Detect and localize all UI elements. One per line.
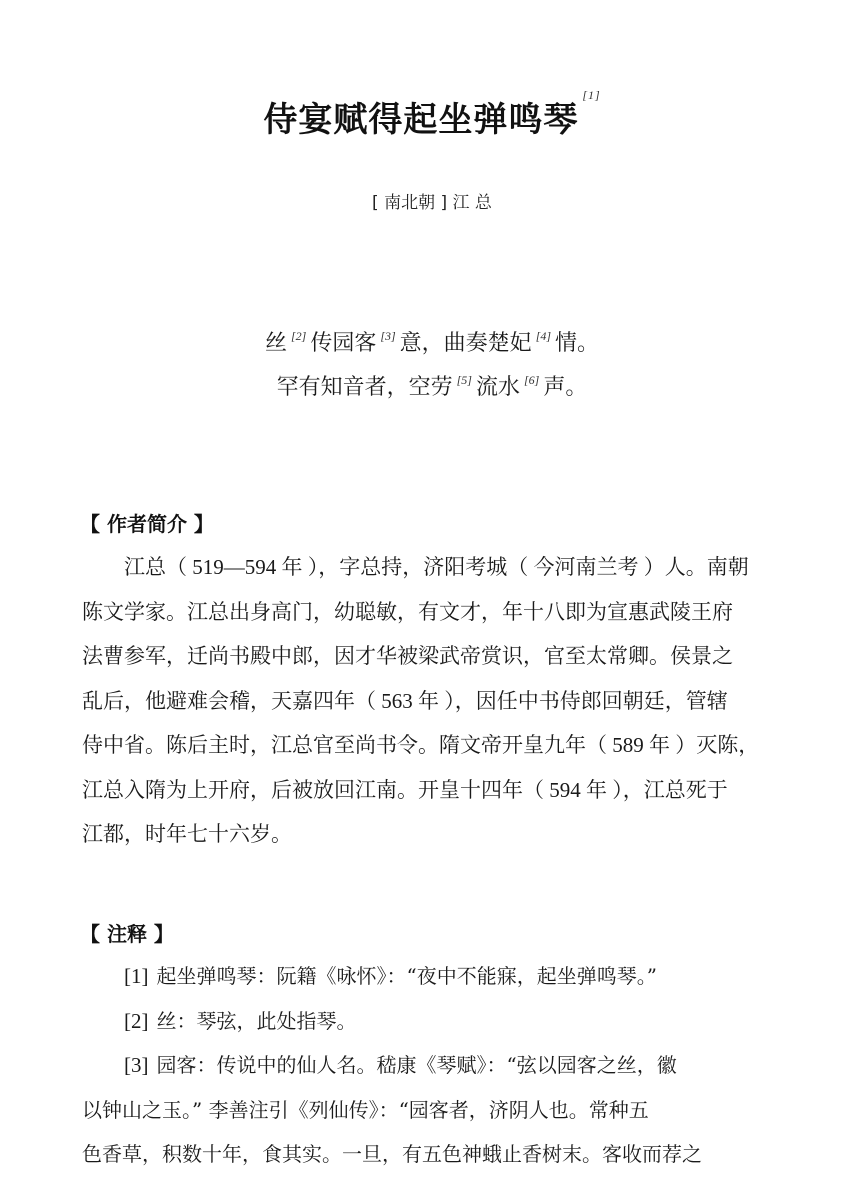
notes-heading: 【 注释 】 — [80, 918, 174, 947]
poem-line: 丝[2]传园客[3]意，曲奏楚妃[4]情。 — [0, 322, 864, 366]
document-page: 侍宴赋得起坐弹鸣琴[1] [ 南北朝 ] 江 总 丝[2]传园客[3]意，曲奏楚… — [0, 0, 864, 1197]
footnote-ref: [4] — [536, 329, 551, 343]
poem-author: [ 南北朝 ] 江 总 — [0, 188, 864, 213]
note-item: [2]丝：琴弦，此处指琴。 — [82, 999, 794, 1044]
text-line: 江都，时年七十六岁。 — [82, 812, 794, 857]
poem-text: 情。 — [555, 331, 599, 356]
text-line: 法曹参军，迁尚书殿中郎，因才华被梁武帝赏识，官至太常卿。侯景之 — [82, 634, 794, 679]
text-line: 江总（ 519—594 年 ），字总持，济阳考城（ 今河南兰考 ）人。南朝 — [82, 545, 794, 590]
text-line: 侍中省。陈后主时，江总官至尚书令。隋文帝开皇九年（ 589 年 ）灭陈， — [82, 723, 794, 768]
note-number: [3] — [124, 1053, 149, 1077]
note-item: [3]园客：传说中的仙人名。嵇康《琴赋》：“弦以园客之丝，徽 — [82, 1043, 794, 1088]
footnote-ref: [6] — [524, 373, 539, 387]
footnote-ref: [2] — [291, 329, 306, 343]
author-intro-heading: 【 作者简介 】 — [80, 508, 214, 537]
footnote-ref: [5] — [457, 373, 472, 387]
note-text: 起坐弹鸣琴：阮籍《咏怀》：“夜中不能寐，起坐弹鸣琴。” — [157, 964, 657, 988]
poem-line: 罕有知音者，空劳[5]流水[6]声。 — [0, 366, 864, 410]
note-text-line: 色香草，积数十年，食其实。一旦，有五色神蛾止香树末。客收而荐之 — [82, 1132, 794, 1177]
poem-text: 流水 — [476, 375, 520, 400]
note-number: [2] — [124, 1009, 149, 1033]
text-line: 乱后，他避难会稽，天嘉四年（ 563 年 ），因任中书侍郎回朝廷，管辖 — [82, 679, 794, 724]
poem-text: 传园客 — [310, 331, 376, 356]
note-text: 园客：传说中的仙人名。嵇康《琴赋》：“弦以园客之丝，徽 — [157, 1053, 677, 1077]
poem-title: 侍宴赋得起坐弹鸣琴[1] — [0, 92, 864, 141]
note-text-line: 以钟山之玉。” 李善注引《列仙传》：“园客者，济阴人也。常种五 — [82, 1088, 794, 1133]
poem-text: 意，曲奏楚妃 — [400, 331, 532, 356]
poem-text: 罕有知音者，空劳 — [277, 375, 453, 400]
poem-text: 声。 — [543, 375, 587, 400]
author-intro-text: 江总（ 519—594 年 ），字总持，济阳考城（ 今河南兰考 ）人。南朝 陈文… — [82, 545, 794, 857]
poem-title-text: 侍宴赋得起坐弹鸣琴 — [263, 100, 578, 140]
note-item: [1]起坐弹鸣琴：阮籍《咏怀》：“夜中不能寐，起坐弹鸣琴。” — [82, 954, 794, 999]
text-line: 江总入隋为上开府，后被放回江南。开皇十四年（ 594 年 ），江总死于 — [82, 768, 794, 813]
text-span: 江总（ 519—594 年 ），字总持，济阳考城（ 今河南兰考 ）人。南朝 — [124, 555, 749, 579]
note-number: [1] — [124, 964, 149, 988]
text-line: 陈文学家。江总出身高门，幼聪敏，有文才，年十八即为宣惠武陵王府 — [82, 590, 794, 635]
poem-body: 丝[2]传园客[3]意，曲奏楚妃[4]情。 罕有知音者，空劳[5]流水[6]声。 — [0, 322, 864, 410]
notes-list: [1]起坐弹鸣琴：阮籍《咏怀》：“夜中不能寐，起坐弹鸣琴。” [2]丝：琴弦，此… — [82, 954, 794, 1177]
footnote-ref: [1] — [582, 88, 600, 102]
poem-text: 丝 — [265, 331, 287, 356]
note-text: 丝：琴弦，此处指琴。 — [157, 1009, 357, 1033]
footnote-ref: [3] — [380, 329, 395, 343]
